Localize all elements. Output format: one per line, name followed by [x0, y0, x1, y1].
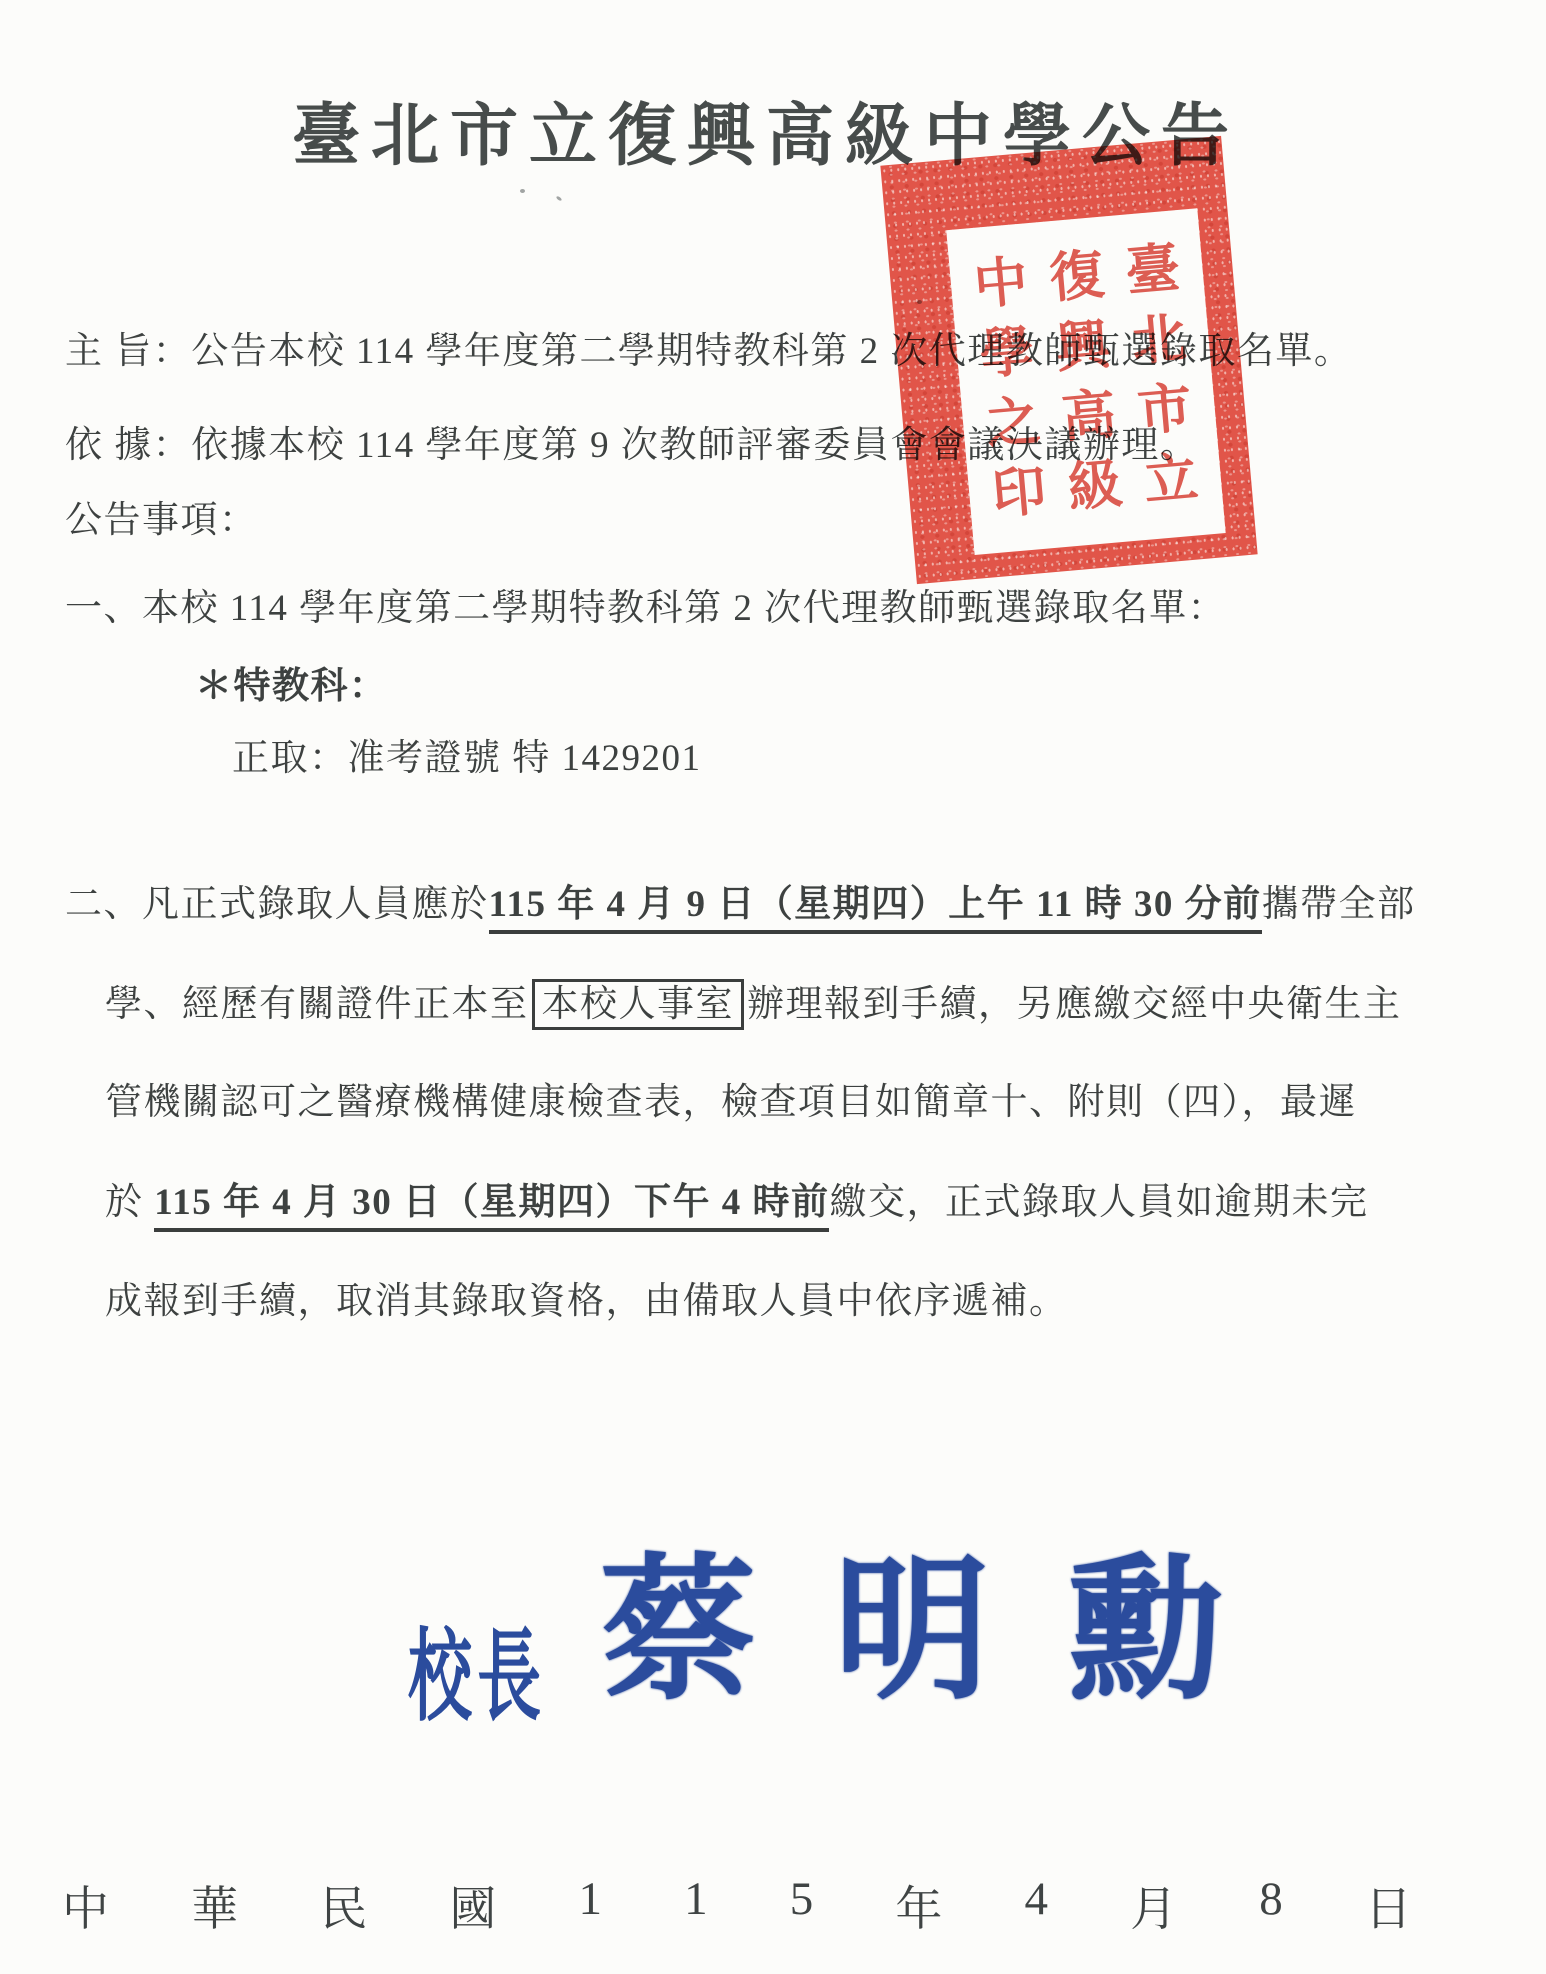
item2-line1-post: 攜帶全部 [1262, 884, 1416, 925]
item2-line1: 二、凡正式錄取人員應於115 年 4 月 9 日（星期四）上午 11 時 30 … [65, 873, 1416, 927]
item2-line4-post: 繳交，正式錄取人員如逾期未完 [829, 1182, 1368, 1223]
item2-line4-pre: 於 [105, 1182, 154, 1223]
roc-date-line: 中 華 民 國 1 1 5 年 4 月 8 日 [62, 1872, 1412, 1939]
item1-admitted-number: 正取：准考證號 特 1429201 [232, 727, 702, 781]
date-char: 年 [895, 1872, 942, 1939]
seal-text-column: 復興高級 [1045, 239, 1126, 524]
date-char: 中 [62, 1872, 109, 1939]
item1-department: ＊特教科： [195, 655, 388, 709]
item2-line4: 於 115 年 4 月 30 日（星期四）下午 4 時前繳交，正式錄取人員如逾期… [105, 1171, 1368, 1225]
date-char: 5 [790, 1872, 814, 1939]
seal-inner-face: 臺北市立 復興高級 中學之印 [946, 208, 1225, 555]
date-char: 國 [449, 1872, 496, 1939]
official-red-seal: 臺北市立 復興高級 中學之印 [880, 136, 1257, 584]
date-char: 8 [1259, 1872, 1283, 1939]
item2-line2-post: 辦理報到手續，另應繳交經中央衛生主 [747, 984, 1402, 1025]
items-header: 公告事項： [65, 489, 258, 543]
item2-line5: 成報到手續，取消其錄取資格，由備取人員中依序遞補。 [105, 1270, 1068, 1324]
announcement-document: 臺北市立復興高級中學公告 臺北市立 復興高級 中學之印 主 旨：公告本校 114… [0, 0, 1546, 1974]
ink-speck [556, 196, 563, 202]
principal-signature-stamp: 蔡 明 勳 [600, 1550, 1224, 1714]
item2-line1-pre: 二、凡正式錄取人員應於 [65, 884, 489, 925]
seal-text-column: 中學之印 [970, 246, 1051, 531]
date-char: 日 [1365, 1872, 1412, 1939]
item2-line3: 管機關認可之醫療機構健康檢查表，檢查項目如簡章十、附則（四），最遲 [105, 1071, 1357, 1125]
signature-char: 明 [834, 1550, 990, 1714]
date-char: 4 [1025, 1872, 1049, 1939]
date-char: 華 [191, 1872, 238, 1939]
signature-char: 勳 [1068, 1550, 1224, 1714]
ink-speck [520, 189, 525, 193]
item2-line2-pre: 學、經歷有關證件正本至 [105, 984, 529, 1025]
item1-lead: 一、本校 114 學年度第二學期特教科第 2 次代理教師甄選錄取名單： [65, 577, 1226, 631]
date-char: 1 [684, 1872, 708, 1939]
signature-char: 蔡 [600, 1550, 756, 1714]
date-char: 1 [579, 1872, 603, 1939]
seal-text-column: 臺北市立 [1121, 233, 1202, 518]
report-deadline-emphasis: 115 年 4 月 9 日（星期四）上午 11 時 30 分前 [489, 884, 1262, 934]
date-char: 民 [320, 1872, 367, 1939]
personnel-office-box: 本校人事室 [532, 979, 745, 1030]
health-check-deadline-emphasis: 115 年 4 月 30 日（星期四）下午 4 時前 [154, 1182, 829, 1232]
principal-title: 校長 [408, 1596, 546, 1740]
date-char: 月 [1130, 1872, 1177, 1939]
item2-line2: 學、經歷有關證件正本至本校人事室辦理報到手續，另應繳交經中央衛生主 [105, 973, 1402, 1027]
